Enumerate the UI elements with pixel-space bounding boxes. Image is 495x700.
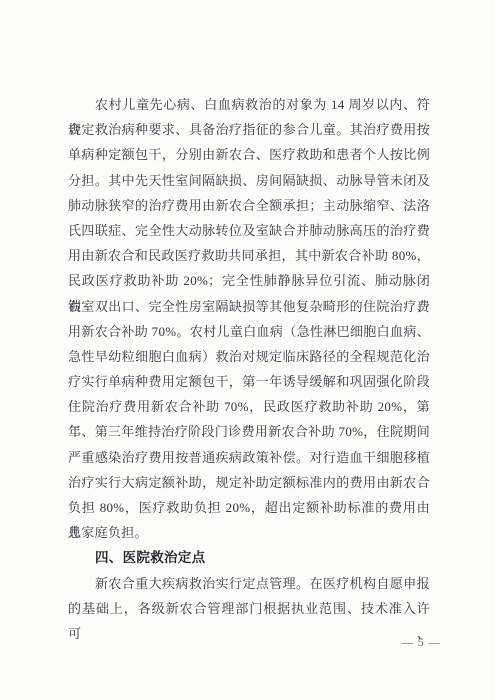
text-line: 的基础上，各级新农合管理部门根据执业范围、技术准入许可、 [68, 596, 430, 621]
text-line: 严重感染治疗费用按普通疾病政策补偿。对行造血干细胞移植 [68, 445, 430, 470]
text-line: 年、第三年维持治疗阶段门诊费用新农合补助 70%，住院期间 [68, 419, 430, 444]
text-line: 规定救治病种要求、具备治疗指征的参合儿童。其治疗费用按 [68, 117, 430, 142]
text-line: 民政医疗救助补助 20%；完全性肺静脉异位引流、肺动脉闭锁、 [68, 268, 430, 293]
document-page: 农村儿童先心病、白血病救治的对象为 14 周岁以内、符合规定救治病种要求、具备治… [0, 0, 495, 700]
text-line: 负担 80%，医疗救助负担 20%，超出定额补助标准的费用由患 [68, 495, 430, 520]
text-line: 氏四联症、完全性大动脉转位及室缺合并肺动脉高压的治疗费 [68, 218, 430, 243]
text-line: 新农合重大疾病救治实行定点管理。在医疗机构自愿申报 [68, 571, 430, 596]
text-line: 疗实行单病种费用定额包干，第一年诱导缓解和巩固强化阶段 [68, 369, 430, 394]
text-line: 分担。其中先天性室间隔缺损、房间隔缺损、动脉导管未闭及 [68, 168, 430, 193]
text-line: 治疗实行大病定额补助，规定补助定额标准内的费用由新农合 [68, 470, 430, 495]
text-line: 肺动脉狭窄的治疗费用由新农合全额承担；主动脉缩窄、法洛 [68, 193, 430, 218]
text-line: 儿家庭负担。 [68, 520, 430, 545]
text-line: 单病种定额包干，分别由新农合、医疗救助和患者个人按比例 [68, 142, 430, 167]
text-line: 右室双出口、完全性房室隔缺损等其他复杂畸形的住院治疗费 [68, 294, 430, 319]
document-body: 农村儿童先心病、白血病救治的对象为 14 周岁以内、符合规定救治病种要求、具备治… [68, 92, 430, 621]
text-line: 急性早幼粒细胞白血病）救治对规定临床路径的全程规范化治 [68, 344, 430, 369]
text-line: 农村儿童先心病、白血病救治的对象为 14 周岁以内、符合 [68, 92, 430, 117]
section-heading: 四、医院救治定点 [68, 545, 430, 570]
text-line: 住院治疗费用新农合补助 70%，民政医疗救助补助 20%，第二 [68, 394, 430, 419]
text-line: 用由新农合和民政医疗救助共同承担，其中新农合补助 80%， [68, 243, 430, 268]
page-number: — 5 — [402, 634, 442, 652]
text-line: 用新农合补助 70%。农村儿童白血病（急性淋巴细胞白血病、 [68, 319, 430, 344]
